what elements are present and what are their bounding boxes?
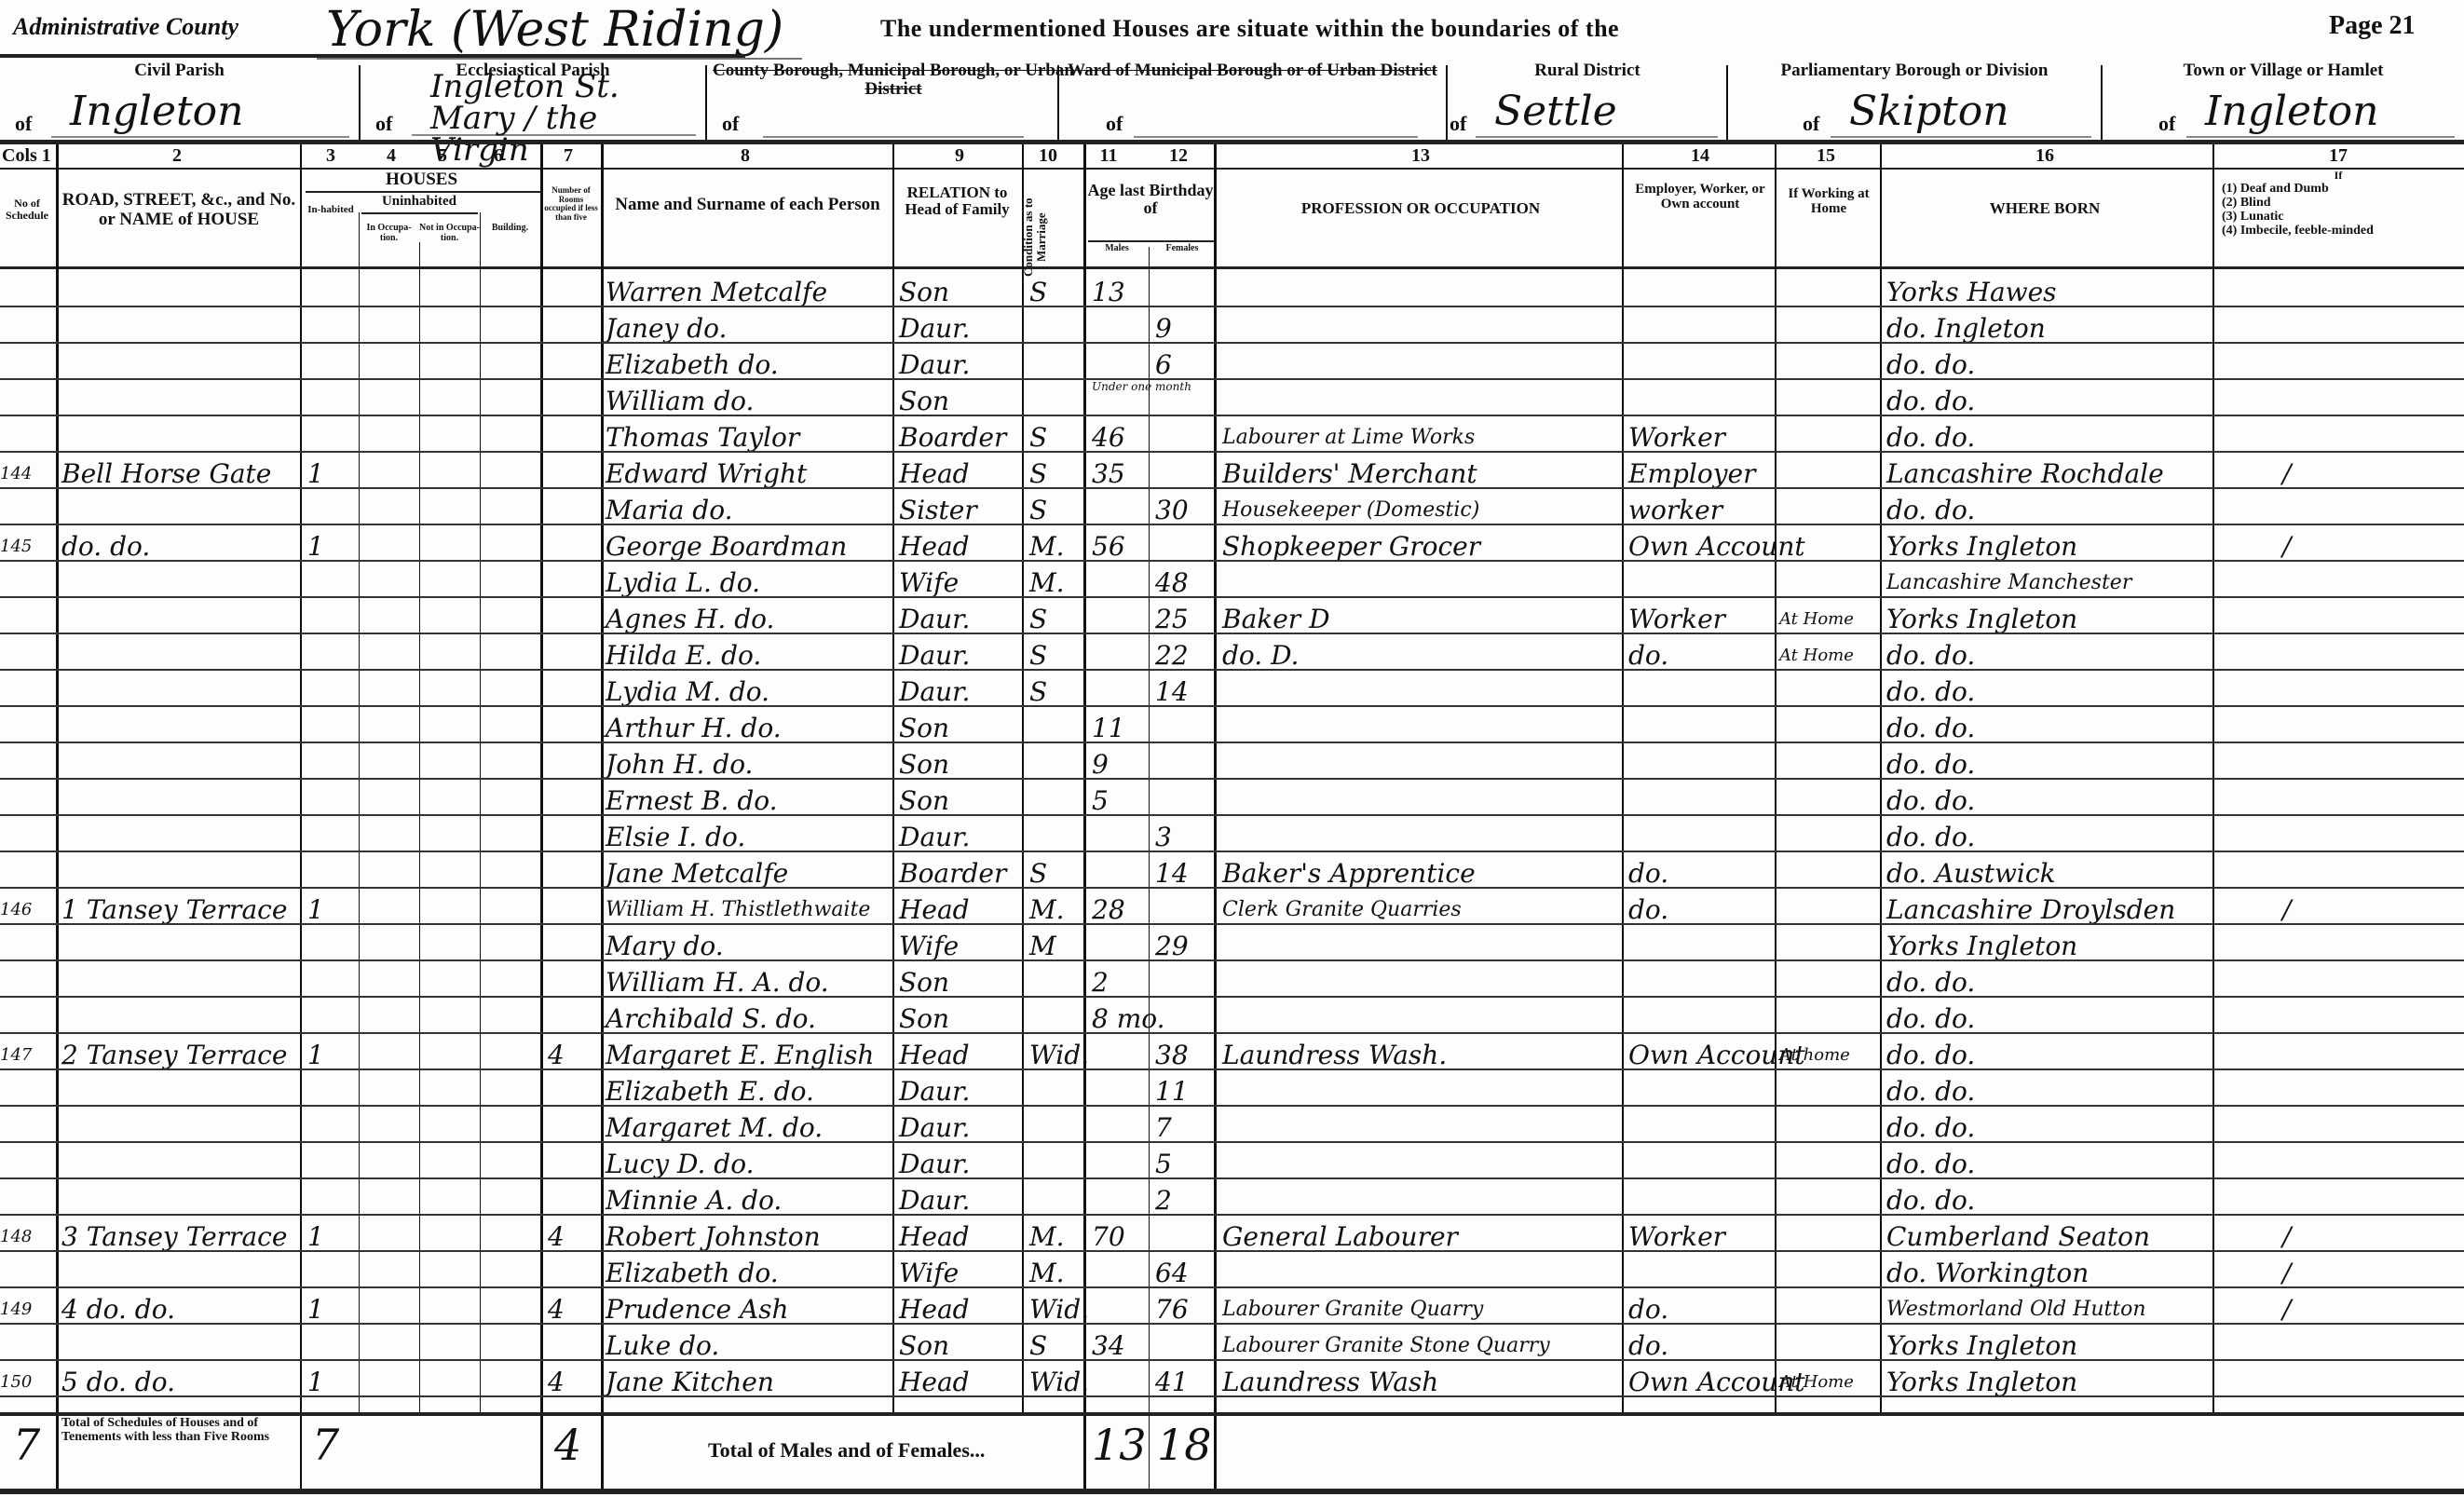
infirmity — [2282, 272, 2338, 308]
address: 3 Tansey Terrace — [61, 1217, 299, 1253]
col-num: 14 — [1626, 145, 1775, 167]
marital-condition: M. — [1029, 1253, 1081, 1289]
infirmity — [2282, 1144, 2338, 1180]
address — [61, 817, 299, 853]
col-num: 3 — [307, 145, 354, 167]
district-label: Civil Parish — [0, 61, 359, 80]
employment-status — [1628, 962, 1773, 999]
employment-status — [1628, 1108, 1773, 1144]
occupation: Builders' Merchant — [1222, 454, 1621, 490]
row-rule — [0, 1359, 2464, 1361]
address — [61, 272, 299, 308]
marital-condition: M — [1029, 926, 1081, 962]
inhabited-count: 1 — [307, 1362, 354, 1398]
female-age: 29 — [1155, 926, 1211, 962]
working-at-home — [1779, 853, 1877, 890]
working-at-home — [1779, 1217, 1877, 1253]
birthplace: do. do. — [1886, 744, 2212, 781]
col-num: 7 — [540, 145, 596, 167]
person-name: Prudence Ash — [606, 1289, 892, 1326]
admin-county-value: York (West Riding) — [317, 2, 802, 60]
birthplace: Yorks Hawes — [1886, 272, 2212, 308]
person-name: Jane Metcalfe — [606, 853, 892, 890]
occupation: Shopkeeper Grocer — [1222, 526, 1621, 563]
schedule-no — [0, 781, 56, 817]
address: 2 Tansey Terrace — [61, 1035, 299, 1071]
birthplace: Yorks Ingleton — [1886, 599, 2212, 635]
marital-condition: S — [1029, 1326, 1081, 1362]
table-row: William do.SonUnder one monthdo. do. — [0, 381, 2464, 417]
address — [61, 781, 299, 817]
female-age — [1155, 454, 1211, 490]
person-name: Arthur H. do. — [606, 708, 892, 744]
inhabited-count: 1 — [307, 1289, 354, 1326]
female-age — [1155, 890, 1211, 926]
birthplace: do. Austwick — [1886, 853, 2212, 890]
row-rule — [0, 778, 2464, 780]
birthplace: do. do. — [1886, 490, 2212, 526]
row-rule — [0, 306, 2464, 307]
relation: Boarder — [899, 853, 1020, 890]
employment-status: do. — [1628, 635, 1773, 672]
inhabited-count: 1 — [307, 1217, 354, 1253]
employment-status: Worker — [1628, 1217, 1773, 1253]
occupation: Clerk Granite Quarries — [1222, 890, 1621, 926]
col-num: 4 — [368, 145, 415, 167]
schedule-no — [0, 744, 56, 781]
header-in-occupation: In Occupa-tion. — [359, 224, 419, 244]
occupation — [1222, 708, 1621, 744]
address — [61, 999, 299, 1035]
rooms-count — [548, 272, 599, 308]
table-row: Mary do.WifeM29Yorks Ingleton — [0, 926, 2464, 962]
relation: Son — [899, 744, 1020, 781]
district-label: Town or Village or Hamlet — [2103, 61, 2464, 80]
address — [61, 1253, 299, 1289]
header-rooms: Number of Rooms occupied if less than fi… — [543, 186, 599, 223]
rooms-count — [548, 526, 599, 563]
schedule-no — [0, 817, 56, 853]
male-age — [1092, 1180, 1148, 1217]
row-rule — [0, 342, 2464, 344]
district-ward: Ward of Municipal Borough or of Urban Di… — [1059, 58, 1446, 142]
row-rule — [0, 1250, 2464, 1252]
employment-status — [1628, 1144, 1773, 1180]
marital-condition: S — [1029, 272, 1081, 308]
table-row: Maria do.SisterS30Housekeeper (Domestic)… — [0, 490, 2464, 526]
birthplace: do. do. — [1886, 672, 2212, 708]
birthplace: do. do. — [1886, 345, 2212, 381]
row-rule — [0, 1286, 2464, 1288]
row-rule — [0, 633, 2464, 634]
occupation — [1222, 563, 1621, 599]
header-occupation: PROFESSION OR OCCUPATION — [1220, 200, 1621, 217]
header-inhabited: In-habited — [303, 205, 359, 216]
birthplace: do. do. — [1886, 1108, 2212, 1144]
address — [61, 708, 299, 744]
male-age — [1092, 817, 1148, 853]
person-name: Edward Wright — [606, 454, 892, 490]
birthplace: Yorks Ingleton — [1886, 926, 2212, 962]
table-row: 1494 do. do.14Prudence AshHeadWid.76Labo… — [0, 1289, 2464, 1326]
marital-condition — [1029, 817, 1081, 853]
schedule-no — [0, 926, 56, 962]
male-age — [1092, 1071, 1148, 1108]
person-name: Margaret E. English — [606, 1035, 892, 1071]
infirmity — [2282, 490, 2338, 526]
census-page: Administrative County York (West Riding)… — [0, 0, 2464, 1497]
rooms-count — [548, 853, 599, 890]
working-at-home — [1779, 272, 1877, 308]
male-age — [1092, 1362, 1148, 1398]
working-at-home — [1779, 490, 1877, 526]
schedule-no — [0, 417, 56, 454]
female-age: 7 — [1155, 1108, 1211, 1144]
infirmity-option: (3) Lunatic — [2222, 210, 2459, 224]
marital-condition — [1029, 308, 1081, 345]
relation: Daur. — [899, 599, 1020, 635]
infirmity: / — [2282, 1289, 2338, 1326]
admin-county-row: Administrative County York (West Riding)… — [0, 0, 2464, 58]
schedule-no — [0, 1253, 56, 1289]
working-at-home — [1779, 890, 1877, 926]
table-row: Elsie I. do.Daur.3do. do. — [0, 817, 2464, 853]
marital-condition — [1029, 1180, 1081, 1217]
district-value: Ingleton St. Mary / the Virgin — [412, 71, 696, 136]
person-name: John H. do. — [606, 744, 892, 781]
rooms-count — [548, 1071, 599, 1108]
uninhabited-rule — [361, 212, 478, 214]
occupation — [1222, 744, 1621, 781]
schedule-no — [0, 853, 56, 890]
employment-status — [1628, 708, 1773, 744]
age-rule — [1088, 240, 1214, 242]
schedule-no — [0, 272, 56, 308]
inhabited-count — [307, 417, 354, 454]
rooms-count — [548, 708, 599, 744]
marital-condition: S — [1029, 853, 1081, 890]
houses-rule — [306, 191, 540, 193]
relation: Daur. — [899, 635, 1020, 672]
birthplace: Westmorland Old Hutton — [1886, 1289, 2212, 1326]
employment-status: Own Account — [1628, 526, 1773, 563]
birthplace: do. Workington — [1886, 1253, 2212, 1289]
relation: Head — [899, 1217, 1020, 1253]
header-infirmity-if: If — [2217, 170, 2459, 182]
person-name: Lydia L. do. — [606, 563, 892, 599]
rooms-count — [548, 1253, 599, 1289]
marital-condition — [1029, 381, 1081, 417]
district-town-village: Town or Village or Hamlet of Ingleton — [2103, 58, 2464, 142]
district-value: Ingleton — [51, 88, 349, 138]
occupation: do. D. — [1222, 635, 1621, 672]
row-rule — [0, 742, 2464, 743]
table-row: Lucy D. do.Daur.5do. do. — [0, 1144, 2464, 1180]
male-age: 2 — [1092, 962, 1148, 999]
infirmity — [2282, 563, 2338, 599]
occupation — [1222, 999, 1621, 1035]
infirmity — [2282, 781, 2338, 817]
district-value — [763, 88, 1024, 138]
female-age — [1155, 381, 1211, 417]
female-age: 14 — [1155, 853, 1211, 890]
admin-county-label: Administrative County — [13, 13, 238, 41]
col-num: 8 — [601, 145, 890, 167]
marital-condition — [1029, 708, 1081, 744]
rooms-count — [548, 672, 599, 708]
person-name: Elizabeth do. — [606, 1253, 892, 1289]
male-age: 13 — [1092, 272, 1148, 308]
working-at-home — [1779, 526, 1877, 563]
schedule-no — [0, 1180, 56, 1217]
working-at-home — [1779, 1326, 1877, 1362]
schedule-no — [0, 1071, 56, 1108]
person-name: William H. A. do. — [606, 962, 892, 999]
rooms-count — [548, 1108, 599, 1144]
rooms-count: 4 — [548, 1217, 599, 1253]
female-age: 22 — [1155, 635, 1211, 672]
infirmity — [2282, 672, 2338, 708]
marital-condition: S — [1029, 672, 1081, 708]
infirmity-option: (4) Imbecile, feeble-minded — [2222, 224, 2459, 238]
relation: Head — [899, 1289, 1020, 1326]
table-row: Arthur H. do.Son11do. do. — [0, 708, 2464, 744]
header-females: Females — [1150, 244, 1214, 254]
table-row: Jane MetcalfeBoarderS14Baker's Apprentic… — [0, 853, 2464, 890]
schedule-no: 145 — [0, 526, 56, 563]
address — [61, 308, 299, 345]
district-civil-parish: Civil Parish of Ingleton — [0, 58, 359, 142]
table-row: Luke do.SonS34Labourer Granite Stone Qua… — [0, 1326, 2464, 1362]
relation: Boarder — [899, 417, 1020, 454]
marital-condition: S — [1029, 454, 1081, 490]
inhabited-count — [307, 1144, 354, 1180]
marital-condition — [1029, 345, 1081, 381]
marital-condition: Wid. — [1029, 1289, 1081, 1326]
infirmity — [2282, 1071, 2338, 1108]
table-row: 145do. do.1George BoardmanHeadM.56Shopke… — [0, 526, 2464, 563]
employment-status — [1628, 345, 1773, 381]
working-at-home — [1779, 1289, 1877, 1326]
occupation — [1222, 1253, 1621, 1289]
table-row: Lydia M. do.Daur.S14do. do. — [0, 672, 2464, 708]
address — [61, 345, 299, 381]
person-name: Minnie A. do. — [606, 1180, 892, 1217]
infirmity — [2282, 308, 2338, 345]
birthplace: Yorks Ingleton — [1886, 1362, 2212, 1398]
col-num: 13 — [1220, 145, 1621, 167]
inhabited-count — [307, 635, 354, 672]
address — [61, 635, 299, 672]
schedule-no — [0, 635, 56, 672]
relation: Daur. — [899, 672, 1020, 708]
occupation — [1222, 272, 1621, 308]
address — [61, 926, 299, 962]
row-rule — [0, 487, 2464, 489]
row-rule — [0, 1323, 2464, 1325]
working-at-home — [1779, 817, 1877, 853]
birthplace: do. do. — [1886, 1035, 2212, 1071]
total-females: 18 — [1157, 1420, 1212, 1470]
row-rule — [0, 996, 2464, 998]
table-row: Thomas TaylorBoarderS46Labourer at Lime … — [0, 417, 2464, 454]
header-males: Males — [1085, 244, 1149, 254]
female-age — [1155, 526, 1211, 563]
table-row: Minnie A. do.Daur.2do. do. — [0, 1180, 2464, 1217]
address — [61, 1071, 299, 1108]
rooms-count — [548, 599, 599, 635]
district-of: of — [375, 112, 392, 136]
address — [61, 1326, 299, 1362]
birthplace: do. do. — [1886, 781, 2212, 817]
header-uninhabited: Uninhabited — [359, 194, 480, 209]
employment-status — [1628, 1071, 1773, 1108]
employment-status — [1628, 272, 1773, 308]
schedule-no — [0, 1144, 56, 1180]
person-name: Hilda E. do. — [606, 635, 892, 672]
occupation: Baker D — [1222, 599, 1621, 635]
schedule-no — [0, 999, 56, 1035]
employment-status: Worker — [1628, 599, 1773, 635]
total-rooms: 4 — [554, 1420, 581, 1470]
birthplace: do. do. — [1886, 708, 2212, 744]
inhabited-count — [307, 599, 354, 635]
female-age — [1155, 708, 1211, 744]
infirmity: / — [2282, 526, 2338, 563]
rooms-count — [548, 490, 599, 526]
male-age — [1092, 1253, 1148, 1289]
inhabited-count — [307, 781, 354, 817]
marital-condition: Wid. — [1029, 1362, 1081, 1398]
male-age — [1092, 672, 1148, 708]
birthplace: do. do. — [1886, 1144, 2212, 1180]
rooms-count — [548, 926, 599, 962]
rooms-count — [548, 345, 599, 381]
person-name: Maria do. — [606, 490, 892, 526]
male-age — [1092, 1144, 1148, 1180]
employment-status: Worker — [1628, 417, 1773, 454]
col-num: 2 — [61, 145, 293, 167]
district-of: of — [1803, 112, 1819, 136]
occupation — [1222, 1144, 1621, 1180]
table-row: Elizabeth do.Daur.6do. do. — [0, 345, 2464, 381]
occupation: Housekeeper (Domestic) — [1222, 490, 1621, 526]
female-age: 41 — [1155, 1362, 1211, 1398]
inhabited-count — [307, 853, 354, 890]
infirmity — [2282, 817, 2338, 853]
rooms-count — [548, 744, 599, 781]
marital-condition: M. — [1029, 526, 1081, 563]
inhabited-count: 1 — [307, 890, 354, 926]
district-value: Ingleton — [2186, 88, 2455, 138]
female-age: 9 — [1155, 308, 1211, 345]
header-schedule-no: No of Schedule — [0, 197, 54, 222]
person-name: William H. Thistlethwaite — [606, 890, 892, 926]
inhabited-count — [307, 308, 354, 345]
person-name: Lydia M. do. — [606, 672, 892, 708]
row-rule — [0, 1068, 2464, 1070]
inhabited-count — [307, 708, 354, 744]
occupation — [1222, 1108, 1621, 1144]
marital-condition — [1029, 999, 1081, 1035]
header-age: Age last Birthday of — [1085, 182, 1216, 218]
col-num: 6 — [475, 145, 522, 167]
occupation — [1222, 345, 1621, 381]
employment-status: Employer — [1628, 454, 1773, 490]
rooms-count: 4 — [548, 1035, 599, 1071]
employment-status: do. — [1628, 853, 1773, 890]
table-row: Elizabeth E. do.Daur.11do. do. — [0, 1071, 2464, 1108]
female-age — [1155, 999, 1211, 1035]
employment-status — [1628, 744, 1773, 781]
person-name: Archibald S. do. — [606, 999, 892, 1035]
header-name: Name and Surname of each Person — [606, 196, 890, 215]
working-at-home: At Home — [1779, 635, 1877, 672]
male-age — [1092, 599, 1148, 635]
schedule-no: 149 — [0, 1289, 56, 1326]
table-row: Lydia L. do.WifeM.48Lancashire Mancheste… — [0, 563, 2464, 599]
district-of: of — [1106, 112, 1123, 136]
birthplace: do. do. — [1886, 962, 2212, 999]
birthplace: Lancashire Manchester — [1886, 563, 2212, 599]
person-name: Agnes H. do. — [606, 599, 892, 635]
infirmity: / — [2282, 454, 2338, 490]
marital-condition: M. — [1029, 1217, 1081, 1253]
row-rule — [0, 1105, 2464, 1107]
person-name: Jane Kitchen — [606, 1362, 892, 1398]
relation: Head — [899, 454, 1020, 490]
relation: Daur. — [899, 345, 1020, 381]
female-age — [1155, 781, 1211, 817]
address — [61, 962, 299, 999]
person-name: William do. — [606, 381, 892, 417]
person-name: Robert Johnston — [606, 1217, 892, 1253]
row-rule — [0, 705, 2464, 707]
employment-status — [1628, 999, 1773, 1035]
male-age: 34 — [1092, 1326, 1148, 1362]
employment-status: do. — [1628, 1326, 1773, 1362]
inhabited-count: 1 — [307, 1035, 354, 1071]
male-age — [1092, 490, 1148, 526]
infirmity-option: (1) Deaf and Dumb — [2222, 182, 2459, 196]
address: 1 Tansey Terrace — [61, 890, 299, 926]
female-age — [1155, 1326, 1211, 1362]
infirmity-option: (2) Blind — [2222, 196, 2459, 210]
working-at-home — [1779, 345, 1877, 381]
address: do. do. — [61, 526, 299, 563]
inhabited-count — [307, 272, 354, 308]
male-age: 28 — [1092, 890, 1148, 926]
marital-condition: S — [1029, 635, 1081, 672]
infirmity — [2282, 417, 2338, 454]
district-label: Parliamentary Borough or Division — [1728, 61, 2101, 80]
person-name: Elizabeth E. do. — [606, 1071, 892, 1108]
intro-text: The undermentioned Houses are situate wi… — [880, 15, 1619, 43]
female-age: 64 — [1155, 1253, 1211, 1289]
table-row: 1461 Tansey Terrace1William H. Thistleth… — [0, 890, 2464, 926]
table-row: Hilda E. do.Daur.S22do. D.do.At Homedo. … — [0, 635, 2464, 672]
employment-status: Own Account — [1628, 1035, 1773, 1071]
row-rule — [0, 959, 2464, 961]
inhabited-count — [307, 672, 354, 708]
occupation — [1222, 1071, 1621, 1108]
col-num: 12 — [1155, 145, 1202, 167]
address — [61, 1108, 299, 1144]
employment-status — [1628, 817, 1773, 853]
marital-condition — [1029, 1071, 1081, 1108]
rooms-count — [548, 635, 599, 672]
col-num: 10 — [1025, 145, 1071, 167]
